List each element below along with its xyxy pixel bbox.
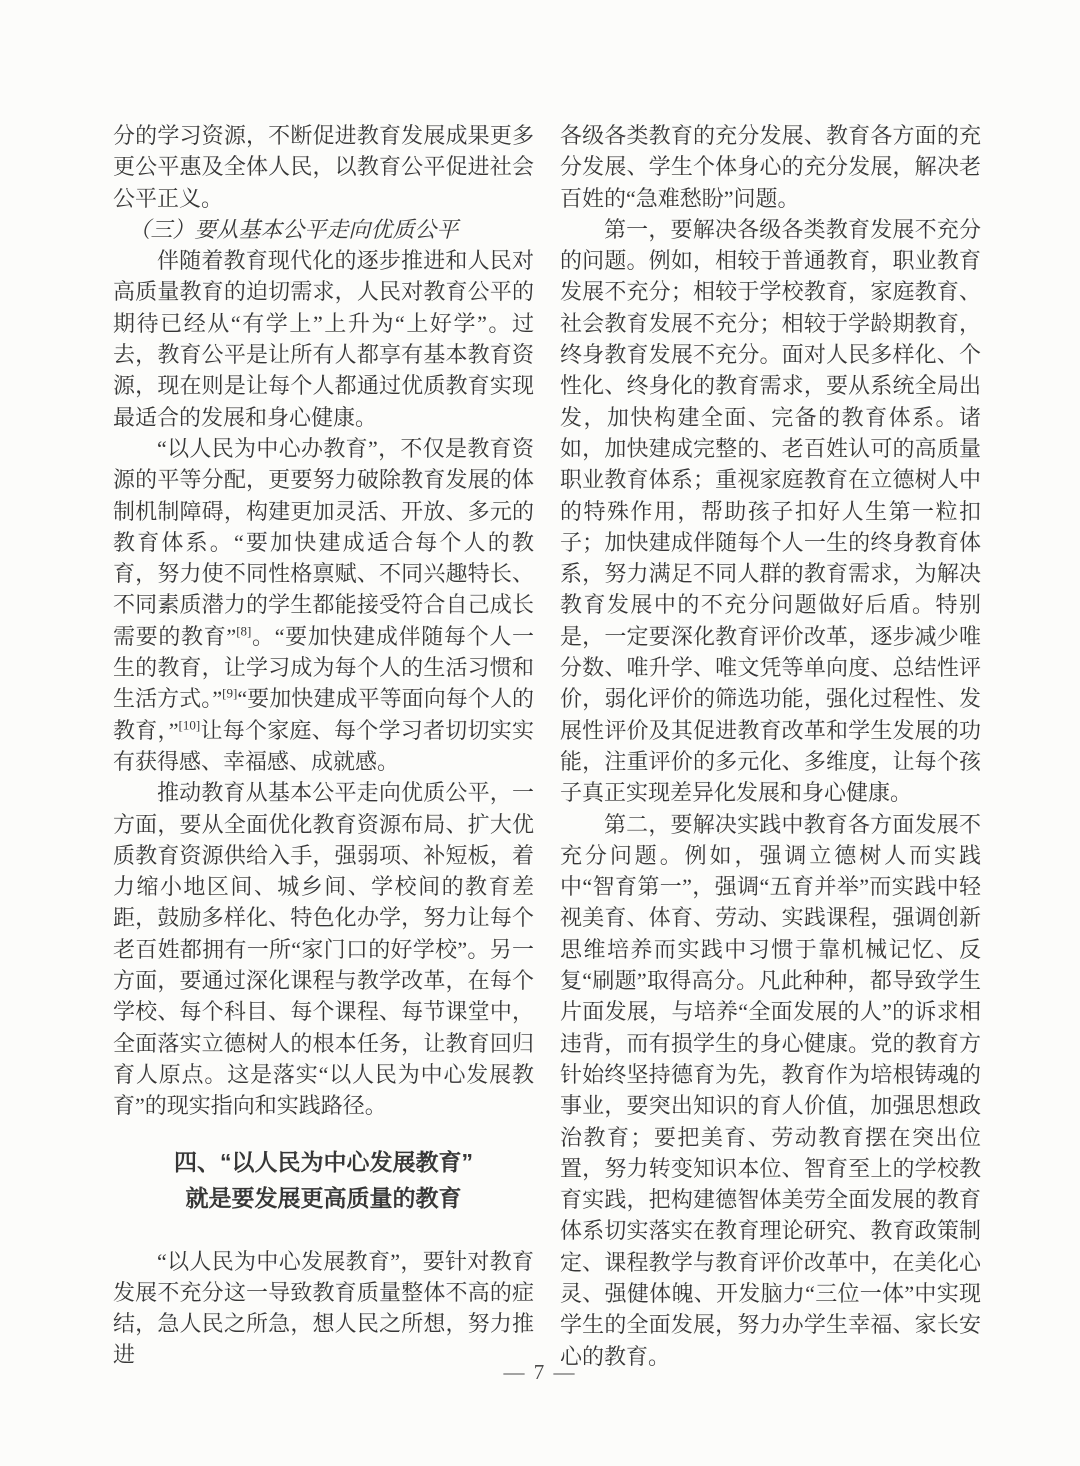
paragraph-text: “以人民为中心办教育”，不仅是教育资源的平等分配，更要努力破除教育发展的体制机制… <box>113 436 534 649</box>
section-heading: 四、“以人民为中心发展教育” 就是要发展更高质量的教育 <box>113 1144 534 1216</box>
paragraph: 第一，要解决各级各类教育发展不充分的问题。例如，相较于普通教育，职业教育发展不充… <box>560 214 981 809</box>
section-heading-line2: 就是要发展更高质量的教育 <box>113 1180 534 1216</box>
paragraph: 分的学习资源，不断促进教育发展成果更多更公平惠及全体人民，以教育公平促进社会公平… <box>113 120 534 214</box>
paragraph: 第二，要解决实践中教育各方面发展不充分问题。例如，强调立德树人而实践中“智育第一… <box>560 809 981 1372</box>
left-column: 分的学习资源，不断促进教育发展成果更多更公平惠及全体人民，以教育公平促进社会公平… <box>113 120 534 1372</box>
paragraph: “以人民为中心办教育”，不仅是教育资源的平等分配，更要努力破除教育发展的体制机制… <box>113 433 534 777</box>
paragraph: “以人民为中心发展教育”，要针对教育发展不充分这一导致教育质量整体不高的症结，急… <box>113 1246 534 1371</box>
section-heading-line1: 四、“以人民为中心发展教育” <box>113 1144 534 1180</box>
page-number: — 7 — <box>0 1360 1080 1385</box>
paragraph: 各级各类教育的充分发展、教育各方面的充分发展、学生个体身心的充分发展，解决老百姓… <box>560 120 981 214</box>
paragraph: 推动教育从基本公平走向优质公平，一方面，要从全面优化教育资源布局、扩大优质教育资… <box>113 777 534 1121</box>
citation-marker: [9] <box>222 686 237 701</box>
paragraph: 伴随着教育现代化的逐步推进和人民对高质量教育的迫切需求，人民对教育公平的期待已经… <box>113 245 534 433</box>
subsection-heading: （三）要从基本公平走向优质公平 <box>113 214 534 245</box>
citation-marker: [10] <box>179 717 201 732</box>
text-columns: 分的学习资源，不断促进教育发展成果更多更公平惠及全体人民，以教育公平促进社会公平… <box>113 120 981 1372</box>
document-page: 分的学习资源，不断促进教育发展成果更多更公平惠及全体人民，以教育公平促进社会公平… <box>0 0 1080 1466</box>
citation-marker: [8] <box>236 623 251 638</box>
right-column: 各级各类教育的充分发展、教育各方面的充分发展、学生个体身心的充分发展，解决老百姓… <box>560 120 981 1372</box>
